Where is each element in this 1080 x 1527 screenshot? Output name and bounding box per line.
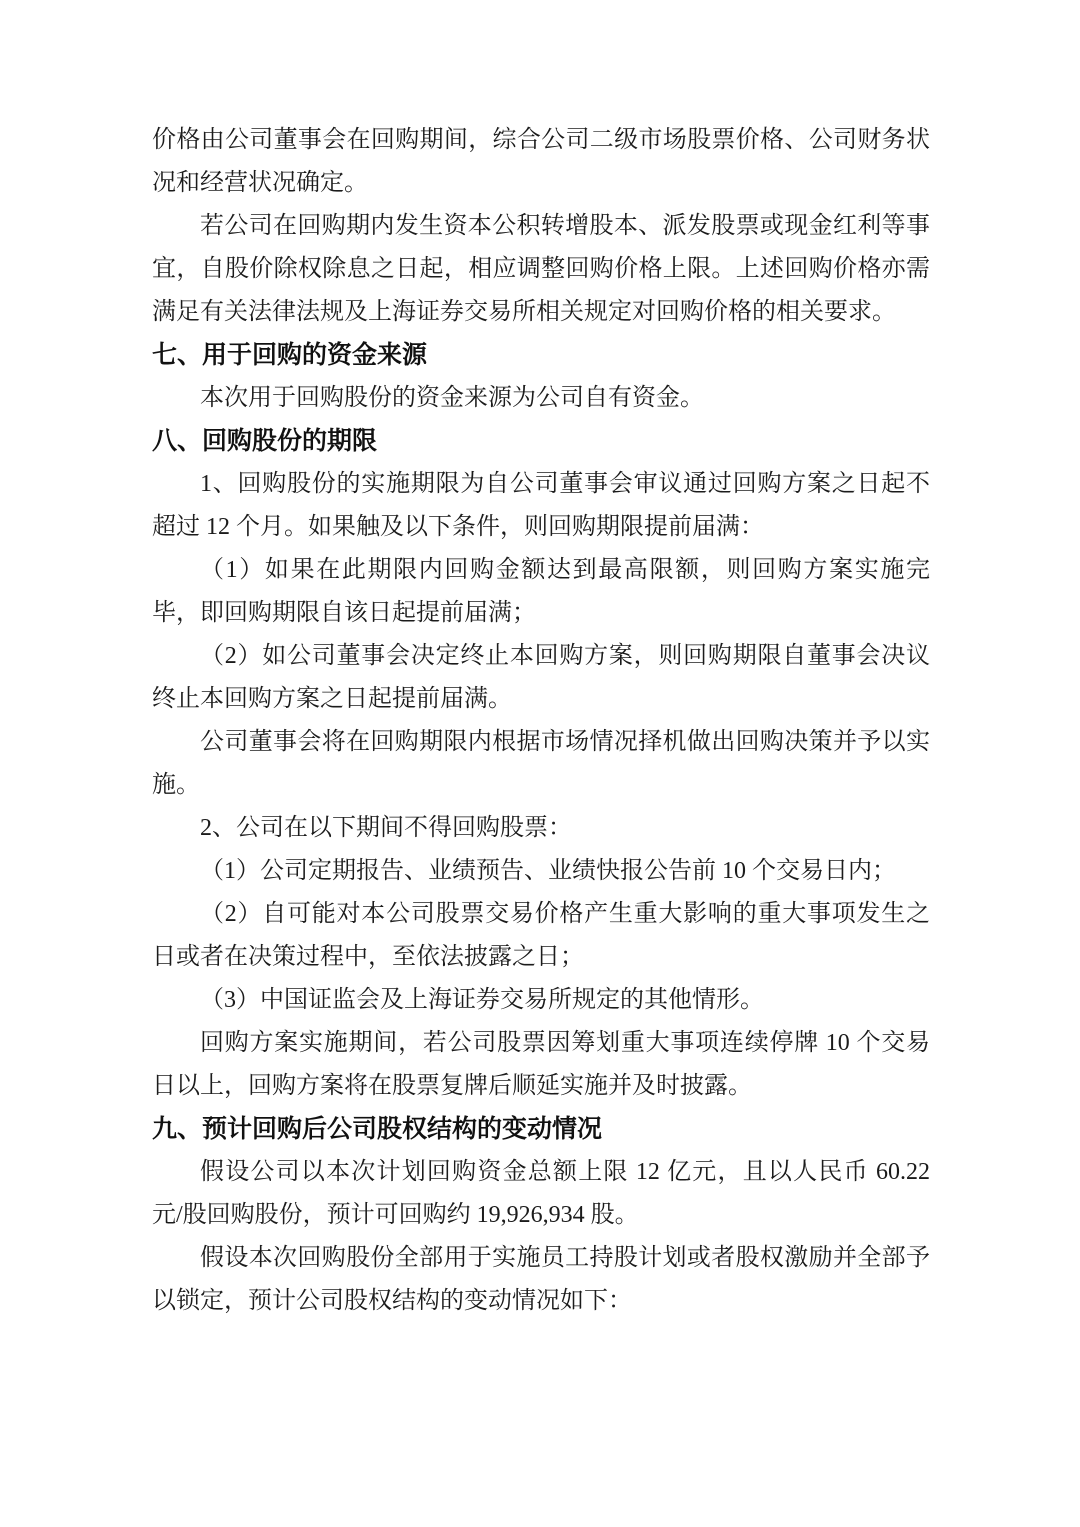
paragraph: 价格由公司董事会在回购期间，综合公司二级市场股票价格、公司财务状况和经营状况确定…	[152, 119, 930, 205]
section-heading: 八、回购股份的期限	[152, 420, 930, 463]
paragraph: 假设公司以本次计划回购资金总额上限 12 亿元，且以人民币 60.22 元/股回…	[152, 1151, 930, 1237]
section-heading: 九、预计回购后公司股权结构的变动情况	[152, 1108, 930, 1151]
paragraph: （1）如果在此期限内回购金额达到最高限额，则回购方案实施完毕，即回购期限自该日起…	[152, 549, 930, 635]
paragraph: 若公司在回购期内发生资本公积转增股本、派发股票或现金红利等事宜，自股价除权除息之…	[152, 205, 930, 334]
paragraph: 假设本次回购股份全部用于实施员工持股计划或者股权激励并全部予以锁定，预计公司股权…	[152, 1237, 930, 1323]
section-heading: 七、用于回购的资金来源	[152, 334, 930, 377]
paragraph: 公司董事会将在回购期限内根据市场情况择机做出回购决策并予以实施。	[152, 721, 930, 807]
paragraph: （1）公司定期报告、业绩预告、业绩快报公告前 10 个交易日内；	[152, 850, 930, 893]
paragraph: 1、回购股份的实施期限为自公司董事会审议通过回购方案之日起不超过 12 个月。如…	[152, 463, 930, 549]
paragraph: 本次用于回购股份的资金来源为公司自有资金。	[152, 377, 930, 420]
paragraph: （2）自可能对本公司股票交易价格产生重大影响的重大事项发生之日或者在决策过程中，…	[152, 893, 930, 979]
paragraph: （3）中国证监会及上海证券交易所规定的其他情形。	[152, 979, 930, 1022]
paragraph: 回购方案实施期间，若公司股票因筹划重大事项连续停牌 10 个交易日以上，回购方案…	[152, 1022, 930, 1108]
document-page: 价格由公司董事会在回购期间，综合公司二级市场股票价格、公司财务状况和经营状况确定…	[0, 0, 1080, 1527]
document-body: 价格由公司董事会在回购期间，综合公司二级市场股票价格、公司财务状况和经营状况确定…	[152, 119, 930, 1323]
paragraph: 2、公司在以下期间不得回购股票：	[152, 807, 930, 850]
paragraph: （2）如公司董事会决定终止本回购方案，则回购期限自董事会决议终止本回购方案之日起…	[152, 635, 930, 721]
